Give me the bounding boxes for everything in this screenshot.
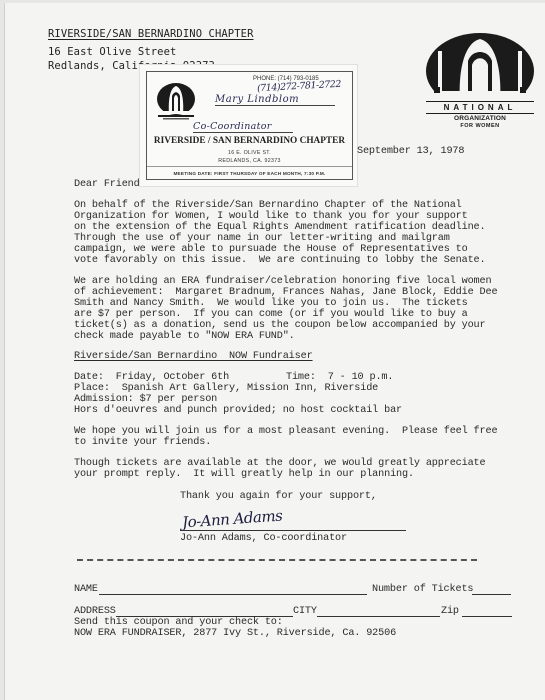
card-handwritten-title: Co-Coordinator (193, 121, 293, 133)
event-heading: Riverside/San Bernardino NOW Fundraiser (74, 350, 313, 363)
coupon-name-label: NAME (74, 583, 98, 596)
card-handwritten-name: Mary Lindblom (215, 94, 335, 106)
card-now-logo-icon (155, 82, 197, 122)
logo-for-women: FOR WOMEN (420, 123, 540, 129)
coupon-zip-field[interactable] (462, 616, 512, 617)
event-food: Hors d'oeuvres and punch provided; no ho… (74, 404, 402, 417)
logo-national: NATIONAL (420, 103, 540, 112)
now-logo-mark-icon (420, 31, 540, 103)
p1-line: vote favorably on this issue. We are con… (74, 254, 485, 267)
business-card: PHONE: (714) 793-0185 (714)272-781-2722 … (140, 65, 357, 186)
logo-rule-2 (426, 113, 534, 114)
letter-page: RIVERSIDE/SAN BERNARDINO CHAPTER 16 East… (4, 3, 545, 700)
now-logo: NATIONAL ORGANIZATION FOR WOMEN (420, 31, 540, 131)
card-street: 16 E. OLIVE ST. (147, 150, 352, 156)
card-meeting: MEETING DATE: FIRST THURSDAY OF EACH MON… (147, 166, 352, 176)
card-chapter: RIVERSIDE / SAN BERNARDINO CHAPTER (147, 136, 352, 146)
coupon-tickets-field[interactable] (472, 594, 511, 595)
coupon-city-label: CITY (293, 605, 317, 618)
letter-date: September 13, 1978 (357, 145, 464, 158)
signer-name: Jo-Ann Adams, Co-coordinator (180, 532, 347, 545)
letterhead-chapter: RIVERSIDE/SAN BERNARDINO CHAPTER (48, 27, 254, 41)
p2-line: check made payable to "NOW ERA FUND". (74, 330, 295, 343)
p3-line: to invite your friends. (74, 436, 211, 449)
coupon-mailing-address: NOW ERA FUNDRAISER, 2877 Ivy St., Rivers… (74, 627, 396, 640)
signature-line (180, 530, 406, 531)
coupon-tickets-label: Number of Tickets (372, 583, 473, 596)
thanks-line: Thank you again for your support, (180, 490, 377, 503)
coupon-city-field[interactable] (317, 616, 440, 617)
logo-organization: ORGANIZATION (420, 115, 540, 122)
logo-rule (426, 101, 534, 102)
coupon-name-field[interactable] (99, 594, 367, 595)
card-city: REDLANDS, CA. 92373 (147, 158, 352, 164)
coupon-cut-line (77, 559, 477, 561)
salutation: Dear Friend (74, 178, 140, 191)
p4-line: your prompt reply. It will greatly help … (74, 468, 414, 481)
letterhead-street: 16 East Olive Street (48, 45, 176, 59)
business-card-border: PHONE: (714) 793-0185 (714)272-781-2722 … (146, 71, 353, 180)
coupon-zip-label: Zip (441, 605, 459, 618)
handwritten-signature: Jo-Ann Adams (181, 507, 282, 532)
